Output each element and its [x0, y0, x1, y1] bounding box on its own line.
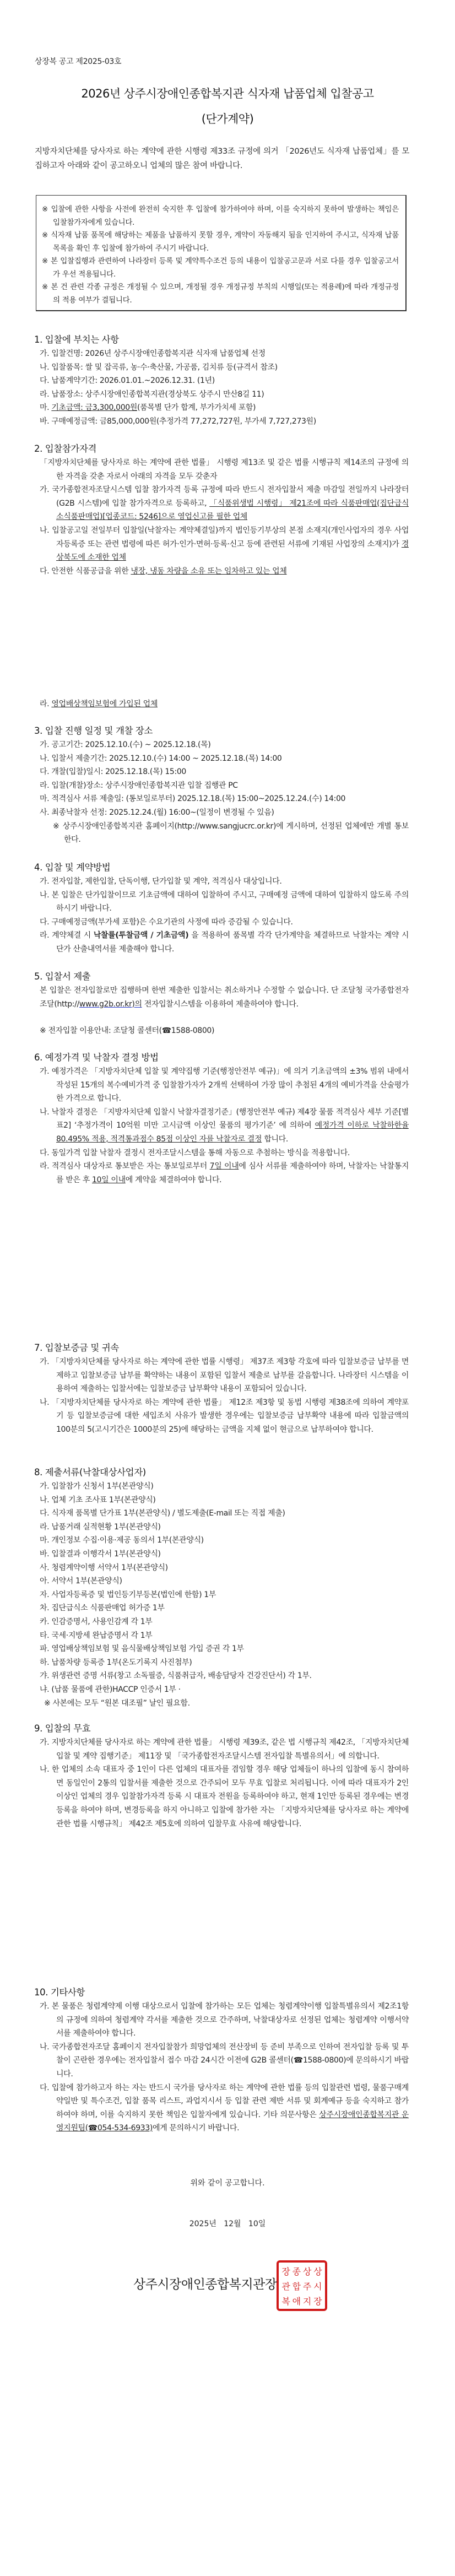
notice-box: ※ 입찰에 관한 사항을 사전에 완전히 숙지한 후 입찰에 참가하여야 하며,… — [36, 195, 407, 311]
seal-char: 합 — [291, 2280, 301, 2294]
list-item: 사. 최종낙찰자 선정: 2025.12.24.(월) 16:00~(일정이 변… — [34, 806, 409, 820]
list-item: 다. 식자재 품목별 단가표 1부(본관양식) / 별도제출(E-mail 또는… — [34, 1507, 409, 1520]
notice-item: ※ 본 입찰집행과 관련하여 나라장터 등록 및 계약특수조건 등의 내용이 입… — [42, 255, 399, 281]
section-1: 1. 입찰에 부치는 사항 가. 입찰건명: 2026년 상주시장애인종합복지관… — [34, 333, 409, 429]
seal-char: 시 — [313, 2280, 323, 2294]
list-item: 라. 납품장소: 상주시장애인종합복지관(경상북도 상주시 만산8길 11) — [34, 388, 409, 402]
list-item: 카. 인감증명서, 사용인감계 각 1부 — [34, 1615, 409, 1629]
item-text: 라. 적격심사 대상자로 통보받은 자는 통보일로부터 — [40, 1162, 210, 1171]
section-title: 5. 입찰서 제출 — [34, 970, 409, 984]
list-item: 마. 적격심사 서류 제출일: (통보일로부터) 2025.12.18.(목) … — [34, 792, 409, 806]
list-item: 가. 지방자치단체를 당사자로 하는 계약에 관한 법률」 시행령 제39조, … — [34, 1736, 409, 1763]
section-9: 9. 입찰의 무효 가. 지방자치단체를 당사자로 하는 계약에 관한 법률」 … — [34, 1722, 409, 1831]
section-3: 3. 입찰 진행 일정 및 개찰 장소 가. 공고기간: 2025.12.10.… — [34, 724, 409, 847]
list-item: 마. 기초금액: 금3,300,000원(품목별 단가 합계, 부가가치세 포함… — [34, 401, 409, 415]
list-item: 가. 입찰건명: 2026년 상주시장애인종합복지관 식자재 납품업체 선정 — [34, 347, 409, 361]
section-2: 2. 입찰참가자격 「지방자치단체를 당사자로 하는 계약에 관한 법률」 시행… — [34, 442, 409, 578]
seal-char: 주 — [302, 2280, 312, 2294]
list-item: 다. 안전한 식품공급을 위한 냉장, 냉동 차량을 소유 또는 임차하고 있는… — [34, 565, 409, 578]
list-item: 나. 본 입찰은 단가입찰이므로 기초금액에 대하여 입찰하여 주시고, 구매예… — [34, 889, 409, 916]
section-title: 2. 입찰참가자격 — [34, 442, 409, 456]
intro-paragraph: 지방자치단체를 당사자로 하는 계약에 관한 시행령 제33조 규정에 의거 「… — [35, 144, 409, 173]
notice-item: ※ 본 건 관련 각종 규정은 개정될 수 있으며, 개정될 경우 개정규정 부… — [42, 281, 399, 307]
list-item: 라. 입찰(개찰)장소: 상주시장애인종합복지관 입찰 집행관 PC — [34, 779, 409, 793]
notice-item: ※ 식자재 납품 품목에 해당하는 제품을 납품하지 못할 경우, 계약이 자동… — [42, 229, 399, 255]
list-item: 가. 본 물품은 청렴계약제 이행 대상으로서 입찰에 참가하는 모든 업체는 … — [34, 2000, 409, 2041]
list-item: 라. 적격심사 대상자로 통보받은 자는 통보일로부터 7일 이내에 심사 서류… — [34, 1160, 409, 1187]
item-text: 나. 입찰공고일 전일부터 입찰일(낙찰자는 계약체결일)까지 법인등기부상의 … — [40, 526, 409, 549]
list-item: 나. 낙찰자 결정은 「지방자치단체 입찰시 낙찰자결정기준」(행정안전부 예규… — [34, 1106, 409, 1146]
section-4: 4. 입찰 및 계약방법 가. 전자입찰, 제한입찰, 단독이행, 단가입찰 및… — [34, 861, 409, 956]
list-item: 가. 공고기간: 2025.12.10.(수) ~ 2025.12.18.(목) — [34, 738, 409, 752]
list-item: 가. 국가종합전자조달시스템 입찰 참가자격 등록 규정에 따라 반드시 전자입… — [34, 483, 409, 524]
list-item: 차. 집단급식소 식품판매업 허가증 1부 — [34, 1601, 409, 1615]
deadline-7-days: 7일 이내 — [210, 1162, 239, 1171]
list-item: 바. 입찰결과 이행각서 1부(본관양식) — [34, 1547, 409, 1561]
list-item: 나. 입찰품목: 쌀 및 잡곡류, 농·수·축산물, 가공품, 김치류 등(규격… — [34, 361, 409, 375]
section-title: 7. 입찰보증금 및 귀속 — [34, 1341, 409, 1355]
seal-char: 지 — [302, 2294, 312, 2309]
list-item: 가. 예정가격은 「지방자치단체 입찰 및 계약집행 기준(행정안전부 예규)」… — [34, 1065, 409, 1106]
list-item: 나. 입찰공고일 전일부터 입찰일(낙찰자는 계약체결일)까지 법인등기부상의 … — [34, 524, 409, 565]
item-prefix: 라. 계약체결 시 — [40, 931, 94, 940]
notice-item: ※ 입찰에 관한 사항을 사전에 완전히 숙지한 후 입찰에 참가하여야 하며,… — [42, 203, 399, 229]
page-title: 2026년 상주시장애인종합복지관 식자재 납품업체 입찰공고 — [0, 85, 455, 101]
list-item: 라. 납품거래 실적현황 1부(본관양식) — [34, 1520, 409, 1534]
list-item: 다. 개찰(입찰)일시: 2025.12.18.(목) 15:00 — [34, 765, 409, 779]
seal-char: 종 — [291, 2265, 301, 2279]
item-text: 에 계약을 체결하여야 합니다. — [126, 1176, 222, 1184]
seal-char: 관 — [281, 2280, 291, 2294]
list-item: 냐. (납품 물품에 관한)HACCP 인증서 1부 · — [34, 1683, 409, 1697]
page-subtitle: (단가계약) — [0, 110, 455, 127]
seal-char: 애 — [291, 2294, 301, 2309]
list-item: 나. 입찰서 제출기간: 2025.12.10.(수) 14:00 ~ 2025… — [34, 752, 409, 766]
list-item: 나. 업체 기초 조사표 1부(본관양식) — [34, 1493, 409, 1507]
document-number: 상장복 공고 제2025-03호 — [35, 56, 121, 67]
lead-paragraph: 「지방자치단체를 당사자로 하는 계약에 관한 법률」 시행령 제13조 및 같… — [34, 456, 409, 483]
list-item: 나. 한 업체의 소속 대표자 중 1인이 다른 업체의 대표자를 겸임할 경우… — [34, 1763, 409, 1831]
announcement-date: 2025년 12월 10일 — [0, 2218, 455, 2229]
deadline-10-days: 10일 이내 — [92, 1176, 126, 1184]
list-item: 마. 개인정보 수집·이용·제공 동의서 1부(본관양식) — [34, 1534, 409, 1547]
section-title: 6. 예정가격 및 낙찰자 결정 방법 — [34, 1051, 409, 1065]
list-item: 사. 청렴계약이행 서약서 1부(본관양식) — [34, 1561, 409, 1575]
list-item: 가. 입찰참가 신청서 1부(본관양식) — [34, 1480, 409, 1493]
item-emphasis: 냉장, 냉동 차량을 소유 또는 임차하고 있는 업체 — [131, 567, 286, 576]
list-item: 아. 서약서 1부(본관양식) — [34, 1574, 409, 1588]
note-item: ※ 상주시장애인종합복지관 홈페이지(http://www.sangjucrc.… — [34, 820, 409, 847]
section-title: 9. 입찰의 무효 — [34, 1722, 409, 1736]
official-seal-icon: 장 종 상 상 관 합 주 시 복 애 지 장 — [277, 2260, 327, 2311]
note-item: ※ 사본에는 모두 “원본 대조필” 날인 필요함. — [34, 1697, 409, 1711]
seal-char: 복 — [281, 2294, 291, 2309]
section-title: 1. 입찰에 부치는 사항 — [34, 333, 409, 347]
list-item: 다. 납품계약기간: 2026.01.01.~2026.12.31. (1년) — [34, 374, 409, 388]
item-text: 다. 안전한 식품공급을 위한 — [40, 567, 131, 576]
section-title: 10. 기타사항 — [34, 1985, 409, 2000]
list-item: 파. 영업배상책임보험 및 음식물배상책임보험 가입 증권 각 1부 — [34, 1642, 409, 1656]
list-item: 다. 구매예정금액(부가세 포함)은 수요기관의 사정에 따라 증감될 수 있습… — [34, 916, 409, 929]
seal-char: 장 — [313, 2294, 323, 2309]
seal-char: 상 — [313, 2265, 323, 2279]
signatory-name: 상주시장애인종합복지관장 — [133, 2274, 277, 2292]
list-item: 가. 전자입찰, 제한입찰, 단독이행, 단가입찰 및 계약, 적격심사 대상입… — [34, 875, 409, 889]
section-5: 5. 입찰서 제출 본 입찰은 전자입찰로만 집행하며 한번 제출한 입찰서는 … — [34, 970, 409, 1038]
body-paragraph: 본 입찰은 전자입찰로만 집행하며 한번 제출한 입찰서는 취소하거나 수정할 … — [34, 984, 409, 1011]
item-prefix: 라. — [40, 700, 51, 708]
section-6: 6. 예정가격 및 낙찰자 결정 방법 가. 예정가격은 「지방자치단체 입찰 … — [34, 1051, 409, 1187]
section-title: 3. 입찰 진행 일정 및 개찰 장소 — [34, 724, 409, 738]
section-8: 8. 제출서류(낙찰대상사업자) 가. 입찰참가 신청서 1부(본관양식) 나.… — [34, 1465, 409, 1710]
item-prefix: 마. — [40, 403, 51, 412]
list-item: 갸. 위생관련 증명 서류(창고 소독필증, 식품취급자, 배송담당자 건강진단… — [34, 1669, 409, 1683]
seal-char: 상 — [302, 2265, 312, 2279]
item-suffix: 합니다. — [262, 1135, 288, 1144]
base-amount-emphasis: 기초금액: 금3,300,000원 — [51, 403, 137, 412]
list-item: 자. 사업자등록증 및 법인등기부등본(법인에 한함) 1부 — [34, 1588, 409, 1602]
list-item: 바. 구매예정금액: 금85,000,000원(추정가격 77,272,727원… — [34, 415, 409, 429]
item-emphasis: 낙찰률(투찰금액 / 기초금액) — [94, 931, 188, 940]
list-item: 다. 입찰에 참가하고자 하는 자는 반드시 국가를 당사자로 하는 계약에 관… — [34, 2081, 409, 2135]
list-item: 다. 동일가격 입찰 낙찰자 결정시 전자조달시스템을 통해 자동으로 추첨하는… — [34, 1146, 409, 1160]
item-suffix: (품목별 단가 합계, 부가가치세 포함) — [137, 403, 256, 412]
item-suffix: 에게 문의하시기 바랍니다. — [153, 2124, 239, 2133]
closing-statement: 위와 같이 공고합니다. — [0, 2177, 455, 2188]
section-2-item-ra: 라. 영업배상책임보험에 가입된 업체 — [34, 697, 409, 711]
seal-char: 장 — [281, 2265, 291, 2279]
list-item: 라. 계약체결 시 낙찰률(투찰금액 / 기초금액) 을 적용하여 품목별 각각… — [34, 929, 409, 956]
list-item: 타. 국세·지방세 완납증명서 각 1부 — [34, 1629, 409, 1643]
section-title: 8. 제출서류(낙찰대상사업자) — [34, 1465, 409, 1480]
list-item: 라. 영업배상책임보험에 가입된 업체 — [34, 697, 409, 711]
list-item: 나. 「지방자치단체를 당사자로 하는 계약에 관한 법률」 제12조 제3항 … — [34, 1396, 409, 1437]
g2b-link[interactable]: www.g2b.or.kr)의 — [79, 1000, 142, 1009]
body-text: 전자입찰시스템을 이용하여 제출하여야 합니다. — [142, 1000, 299, 1009]
section-7: 7. 입찰보증금 및 귀속 가. 「지방자치단체를 당사자로 하는 계약에 관한… — [34, 1341, 409, 1437]
call-center-note: ※ 전자입찰 이용안내: 조달청 콜센터(☎1588-0800) — [34, 1024, 409, 1038]
list-item: 하. 납품차량 등록증 1부(온도기록지 사진첨부) — [34, 1656, 409, 1670]
item-emphasis: 영업배상책임보험에 가입된 업체 — [51, 700, 158, 708]
list-item: 가. 「지방자치단체를 당사자로 하는 계약에 관한 법률 시행령」 제37조 … — [34, 1355, 409, 1396]
list-item: 나. 국가종합전자조달 홈페이지 전자입찰참가 희망업체의 전산장비 등 준비 … — [34, 2041, 409, 2081]
section-title: 4. 입찰 및 계약방법 — [34, 861, 409, 875]
section-10: 10. 기타사항 가. 본 물품은 청렴계약제 이행 대상으로서 입찰에 참가하… — [34, 1985, 409, 2135]
